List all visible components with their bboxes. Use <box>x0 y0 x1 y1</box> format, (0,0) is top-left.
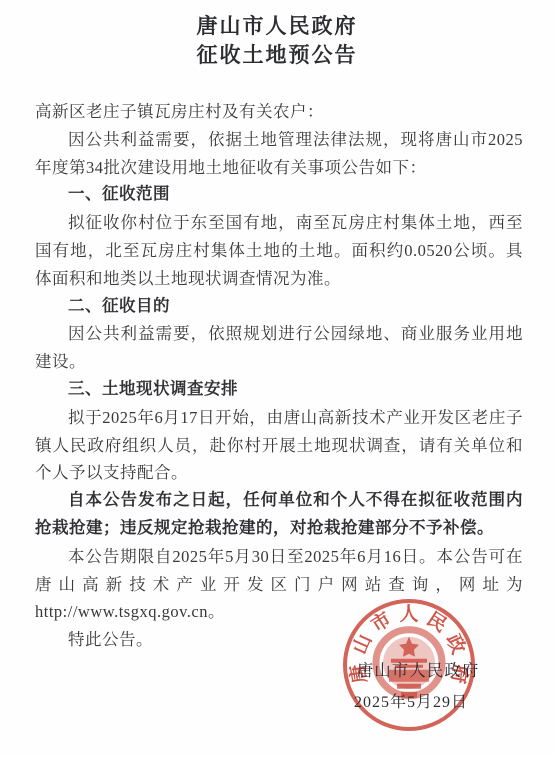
signature-issuer: 唐山市人民政府 <box>356 657 480 681</box>
survey-paragraph: 拟于2025年6月17日开始，由唐山高新技术产业开发区老庄子镇人民政府组织人员，… <box>35 404 523 487</box>
title-line-issuer: 唐山市人民政府 <box>0 12 554 41</box>
title-line-subject: 征收土地预公告 <box>0 41 554 70</box>
intro-paragraph: 因公共利益需要，依据土地管理法律法规，现将唐山市2025年度第34批次建设用地土… <box>35 126 523 182</box>
warning-paragraph: 自本公告发布之日起，任何单位和个人不得在拟征收范围内抢栽抢建；违反规定抢栽抢建的… <box>35 487 523 543</box>
section-heading-scope: 一、征收范围 <box>35 181 523 209</box>
signature-date: 2025年5月29日 <box>350 689 472 712</box>
salutation: 高新区老庄子镇瓦房庄村及有关农户： <box>35 98 523 126</box>
document-body: 高新区老庄子镇瓦房庄村及有关农户： 因公共利益需要，依据土地管理法律法规，现将唐… <box>35 98 523 654</box>
validity-paragraph: 本公告期限自2025年5月30日至2025年6月16日。本公告可在唐山高新技术产… <box>35 543 523 626</box>
document-title: 唐山市人民政府 征收土地预公告 <box>0 12 554 70</box>
purpose-paragraph: 因公共利益需要，依照规划进行公园绿地、商业服务业用地建设。 <box>35 320 523 376</box>
section-heading-purpose: 二、征收目的 <box>35 293 523 321</box>
scope-paragraph: 拟征收你村位于东至国有地，南至瓦房庄村集体土地，西至国有地，北至瓦房庄村集体土地… <box>35 209 523 292</box>
section-heading-survey: 三、土地现状调查安排 <box>35 376 523 404</box>
announcement-page: 唐山市人民政府 征收土地预公告 高新区老庄子镇瓦房庄村及有关农户： 因公共利益需… <box>0 0 554 757</box>
closing-line: 特此公告。 <box>35 626 523 654</box>
